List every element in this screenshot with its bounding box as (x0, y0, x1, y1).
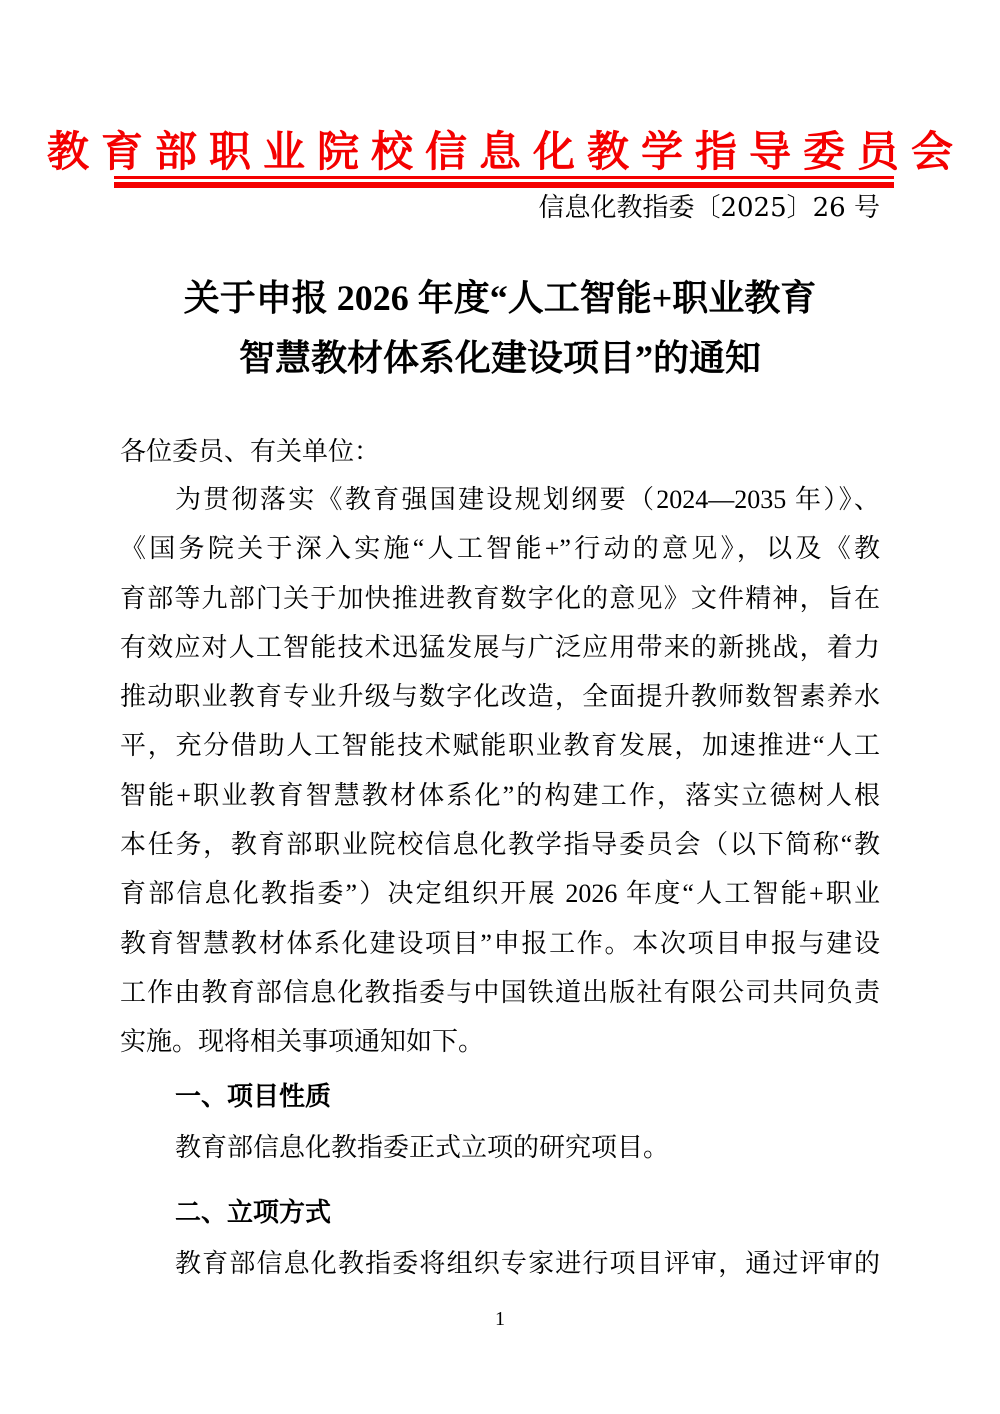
rule-thick-line (114, 182, 894, 188)
paragraph-line: 智能+职业教育智慧教材体系化”的构建工作，落实立德树人根 (120, 771, 880, 820)
letterhead-double-rule (114, 176, 894, 188)
document-number: 信息化教指委〔2025〕26 号 (120, 192, 880, 224)
paragraph-line: 《国务院关于深入实施“人工智能+”行动的意见》，以及《教 (120, 524, 880, 573)
salutation: 各位委员、有关单位： (120, 436, 880, 468)
page-number: 1 (0, 1306, 1000, 1332)
section-2-body: 教育部信息化教指委将组织专家进行项目评审，通过评审的 (120, 1248, 880, 1280)
paragraph-line: 教育智慧教材体系化建设项目”申报工作。本次项目申报与建设 (120, 919, 880, 968)
letterhead-org-name: 教育部职业院校信息化教学指导委员会 (0, 130, 1000, 176)
document-page: 教育部职业院校信息化教学指导委员会 信息化教指委〔2025〕26 号 关于申报 … (0, 0, 1000, 1414)
paragraph-line: 推动职业教育专业升级与数字化改造，全面提升教师数智素养水 (120, 672, 880, 721)
document-title-line-1: 关于申报 2026 年度“人工智能+职业教育 (0, 268, 1000, 328)
paragraph-line: 工作由教育部信息化教指委与中国铁道出版社有限公司共同负责 (120, 968, 880, 1017)
paragraph-line: 平，充分借助人工智能技术赋能职业教育发展，加速推进“人工 (120, 721, 880, 770)
document-title-line-2: 智慧教材体系化建设项目”的通知 (0, 328, 1000, 388)
intro-paragraph: 为贯彻落实《教育强国建设规划纲要（2024—2035 年）》、 《国务院关于深入… (120, 475, 880, 1067)
section-1-heading: 一、项目性质 (120, 1080, 880, 1112)
paragraph-line: 育部等九部门关于加快推进教育数字化的意见》文件精神，旨在 (120, 574, 880, 623)
paragraph-line: 育部信息化教指委”）决定组织开展 2026 年度“人工智能+职业 (120, 869, 880, 918)
section-1-body: 教育部信息化教指委正式立项的研究项目。 (120, 1132, 880, 1164)
paragraph-line: 为贯彻落实《教育强国建设规划纲要（2024—2035 年）》、 (120, 475, 880, 524)
section-2-heading: 二、立项方式 (120, 1196, 880, 1228)
document-title: 关于申报 2026 年度“人工智能+职业教育 智慧教材体系化建设项目”的通知 (0, 268, 1000, 388)
paragraph-line: 有效应对人工智能技术迅猛发展与广泛应用带来的新挑战，着力 (120, 623, 880, 672)
paragraph-line: 本任务，教育部职业院校信息化教学指导委员会（以下简称“教 (120, 820, 880, 869)
paragraph-line: 实施。现将相关事项通知如下。 (120, 1017, 880, 1066)
